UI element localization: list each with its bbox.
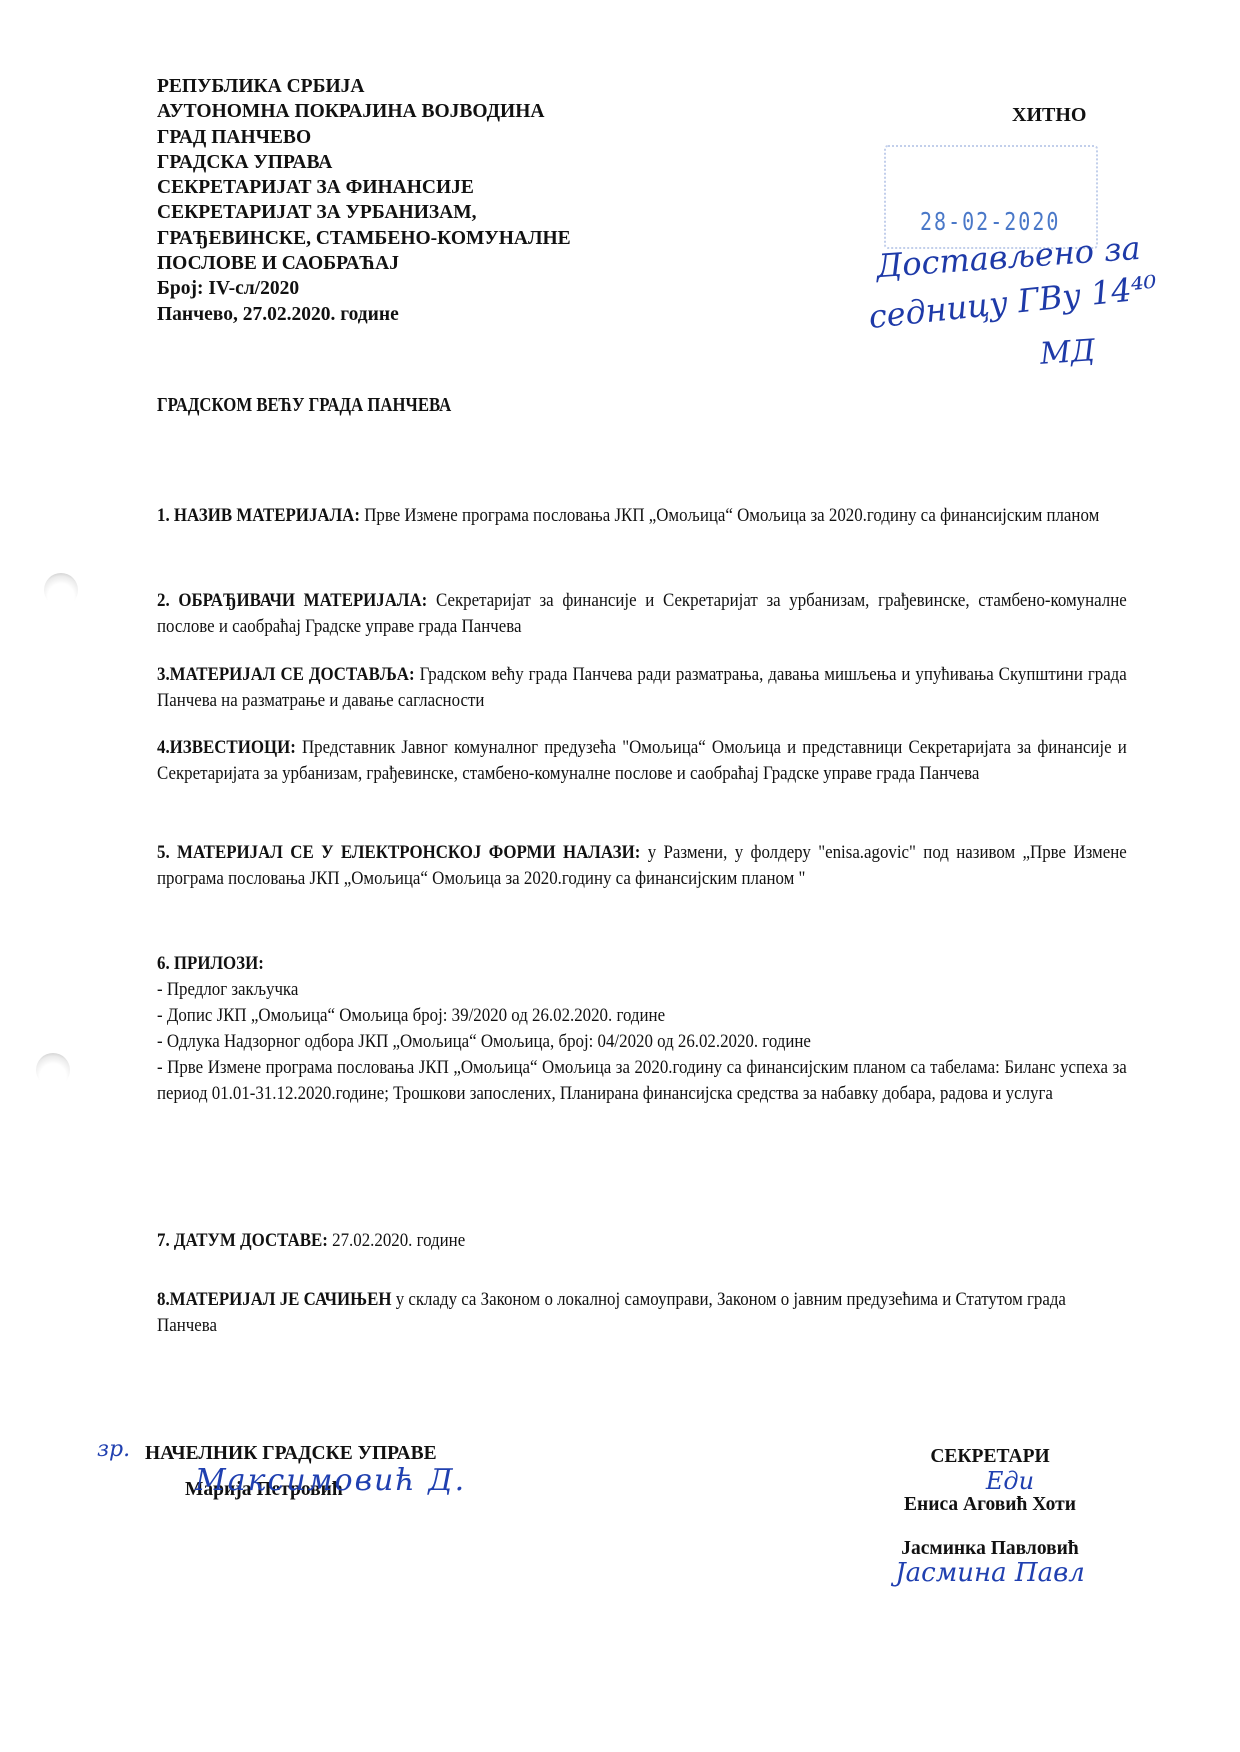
section-label: 4.ИЗВЕСТИОЦИ: [157,737,296,758]
section-label: 8.МАТЕРИЈАЛ ЈЕ САЧИЊЕН [157,1289,391,1310]
signatory-title: СЕКРЕТАРИ [880,1446,1100,1468]
document-page: РЕПУБЛИКА СРБИЈА АУТОНОМНА ПОКРАЈИНА ВОЈ… [0,0,1240,1752]
handwritten-signature: Еди [920,1468,1100,1494]
urgent-label: ХИТНО [1012,104,1086,127]
letterhead: РЕПУБЛИКА СРБИЈА АУТОНОМНА ПОКРАЈИНА ВОЈ… [157,74,571,327]
handwritten-initials: МД [1039,333,1096,372]
section-label: 6. ПРИЛОЗИ: [157,951,1127,977]
section-compliance: 8.МАТЕРИЈАЛ ЈЕ САЧИЊЕН у складу са Закон… [157,1287,1127,1339]
letterhead-line: ГРАДСКА УПРАВА [157,150,571,175]
section-electronic-location: 5. МАТЕРИЈАЛ СЕ У ЕЛЕКТРОНСКОЈ ФОРМИ НАЛ… [157,840,1127,892]
letterhead-line: РЕПУБЛИКА СРБИЈА [157,74,571,99]
punch-hole-mark [36,1053,70,1087]
section-prepared-by: 2. ОБРАЂИВАЧИ МАТЕРИЈАЛА: Секретаријат з… [157,588,1127,640]
letterhead-line: АУТОНОМНА ПОКРАЈИНА ВОЈВОДИНА [157,99,571,124]
signatory-name: Јасминка Павловић [880,1538,1100,1560]
section-label: 3.МАТЕРИЈАЛ СЕ ДОСТАВЉА: [157,664,415,685]
section-text: 27.02.2020. године [332,1230,465,1251]
signatory-name: Ениса Аговић Хоти [880,1494,1100,1516]
section-attachments: 6. ПРИЛОЗИ: - Предлог закључка - Допис Ј… [157,951,1127,1107]
section-label: 5. МАТЕРИЈАЛ СЕ У ЕЛЕКТРОНСКОЈ ФОРМИ НАЛ… [157,842,640,863]
section-label: 7. ДАТУМ ДОСТАВЕ: [157,1230,328,1251]
document-date: Панчево, 27.02.2020. године [157,302,571,327]
letterhead-line: СЕКРЕТАРИЈАТ ЗА ФИНАНСИЈЕ [157,175,571,200]
section-label: 1. НАЗИВ МАТЕРИЈАЛА: [157,505,360,526]
letterhead-line: ПОСЛОВЕ И САОБРАЋАЈ [157,251,571,276]
attachment-item: - Одлука Надзорног одбора ЈКП „Омољица“ … [157,1029,1127,1055]
section-delivery-date: 7. ДАТУМ ДОСТАВЕ: 27.02.2020. године [157,1228,1127,1254]
attachment-item: - Предлог закључка [157,977,1127,1003]
attachment-item: - Допис ЈКП „Омољица“ Омољица број: 39/2… [157,1003,1127,1029]
letterhead-line: ГРАЂЕВИНСКЕ, СТАМБЕНО-КОМУНАЛНЕ [157,226,571,251]
section-delivered-to: 3.МАТЕРИЈАЛ СЕ ДОСТАВЉА: Градском већу г… [157,662,1127,714]
stamp-date: 28-02-2020 [920,206,1060,236]
section-text: Представник Јавног комуналног предузећа … [157,737,1127,784]
addressee: ГРАДСКОМ ВЕЋУ ГРАДА ПАНЧЕВА [157,395,451,417]
handwritten-signature: Јасмина Павл [880,1558,1100,1588]
signature-block-head: зр. НАЧЕЛНИК ГРАДСКЕ УПРАВЕ Максимовић Д… [145,1443,437,1501]
section-rapporteurs: 4.ИЗВЕСТИОЦИ: Представник Јавног комунал… [157,735,1127,787]
handwritten-signature: Максимовић Д. [195,1463,466,1498]
punch-hole-mark [44,573,78,607]
signatory-title: НАЧЕЛНИК ГРАДСКЕ УПРАВЕ [145,1443,437,1465]
signature-block-secretaries: СЕКРЕТАРИ Еди Ениса Аговић Хоти Јасминка… [880,1446,1100,1588]
letterhead-line: ГРАД ПАНЧЕВО [157,125,571,150]
section-label: 2. ОБРАЂИВАЧИ МАТЕРИЈАЛА: [157,590,427,611]
handwritten-prefix: зр. [97,1437,130,1462]
letterhead-line: СЕКРЕТАРИЈАТ ЗА УРБАНИЗАМ, [157,200,571,225]
attachment-item: - Прве Измене програма пословања ЈКП „Ом… [157,1055,1127,1107]
section-material-title: 1. НАЗИВ МАТЕРИЈАЛА: Прве Измене програм… [157,503,1127,529]
section-text: Прве Измене програма пословања ЈКП „Омољ… [364,505,1099,526]
document-number: Број: IV-сл/2020 [157,276,571,301]
